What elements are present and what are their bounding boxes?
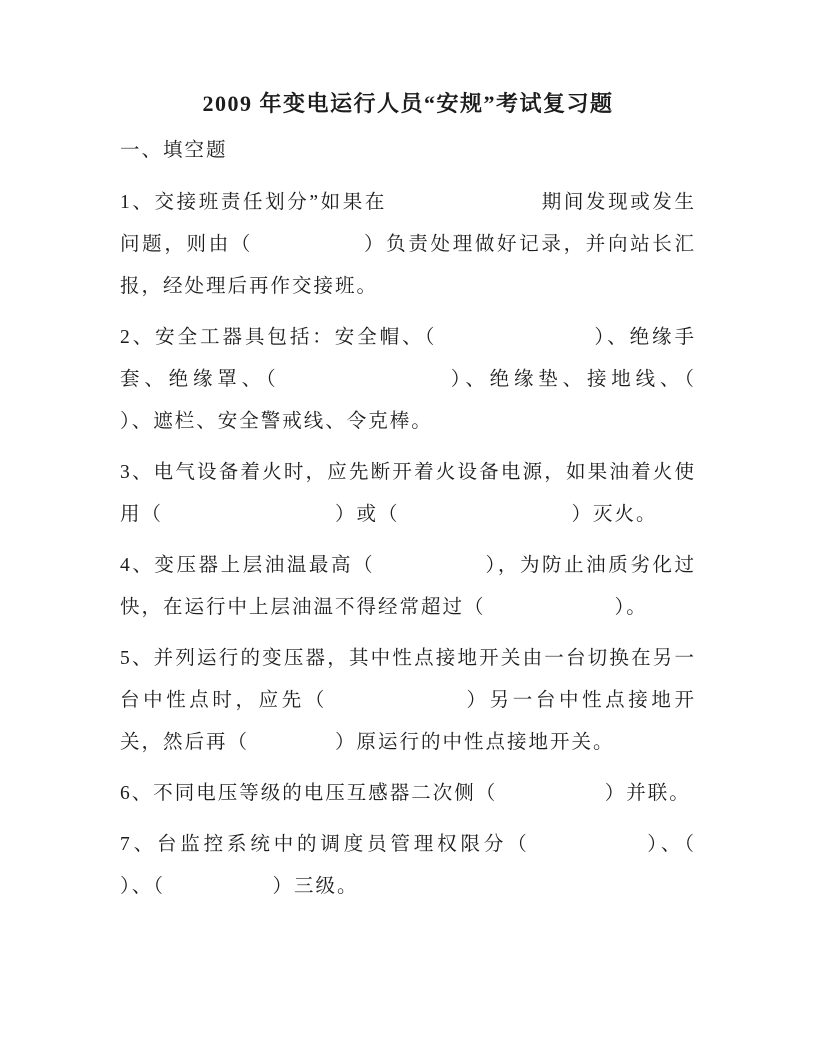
question-6: 6、不同电压等级的电压互感器二次侧（ ）并联。 <box>120 773 696 815</box>
question-5: 5、并列运行的变压器，其中性点接地开关由一台切换在另一台中性点时，应先（ ）另一… <box>120 638 696 764</box>
question-4: 4、变压器上层油温最高（ ），为防止油质劣化过快，在运行中上层油温不得经常超过（… <box>120 545 696 629</box>
question-2: 2、安全工器具包括：安全帽、（ ）、绝缘手套、绝缘罩、（ ）、绝缘垫、接地线、（… <box>120 317 696 443</box>
question-1: 1、交接班责任划分”如果在 期间发现或发生问题，则由（ ）负责处理做好记录，并向… <box>120 182 696 308</box>
document-page: 2009 年变电运行人员“安规”考试复习题 一、填空题 1、交接班责任划分”如果… <box>0 0 816 1056</box>
section-heading-fill-in-blank: 一、填空题 <box>120 136 696 166</box>
question-list: 1、交接班责任划分”如果在 期间发现或发生问题，则由（ ）负责处理做好记录，并向… <box>120 182 696 908</box>
question-7: 7、台监控系统中的调度员管理权限分（ ）、（ ）、（ ）三级。 <box>120 824 696 908</box>
document-title: 2009 年变电运行人员“安规”考试复习题 <box>120 88 696 120</box>
question-3: 3、电气设备着火时，应先断开着火设备电源，如果油着火使用（ ）或（ ）灭火。 <box>120 452 696 536</box>
